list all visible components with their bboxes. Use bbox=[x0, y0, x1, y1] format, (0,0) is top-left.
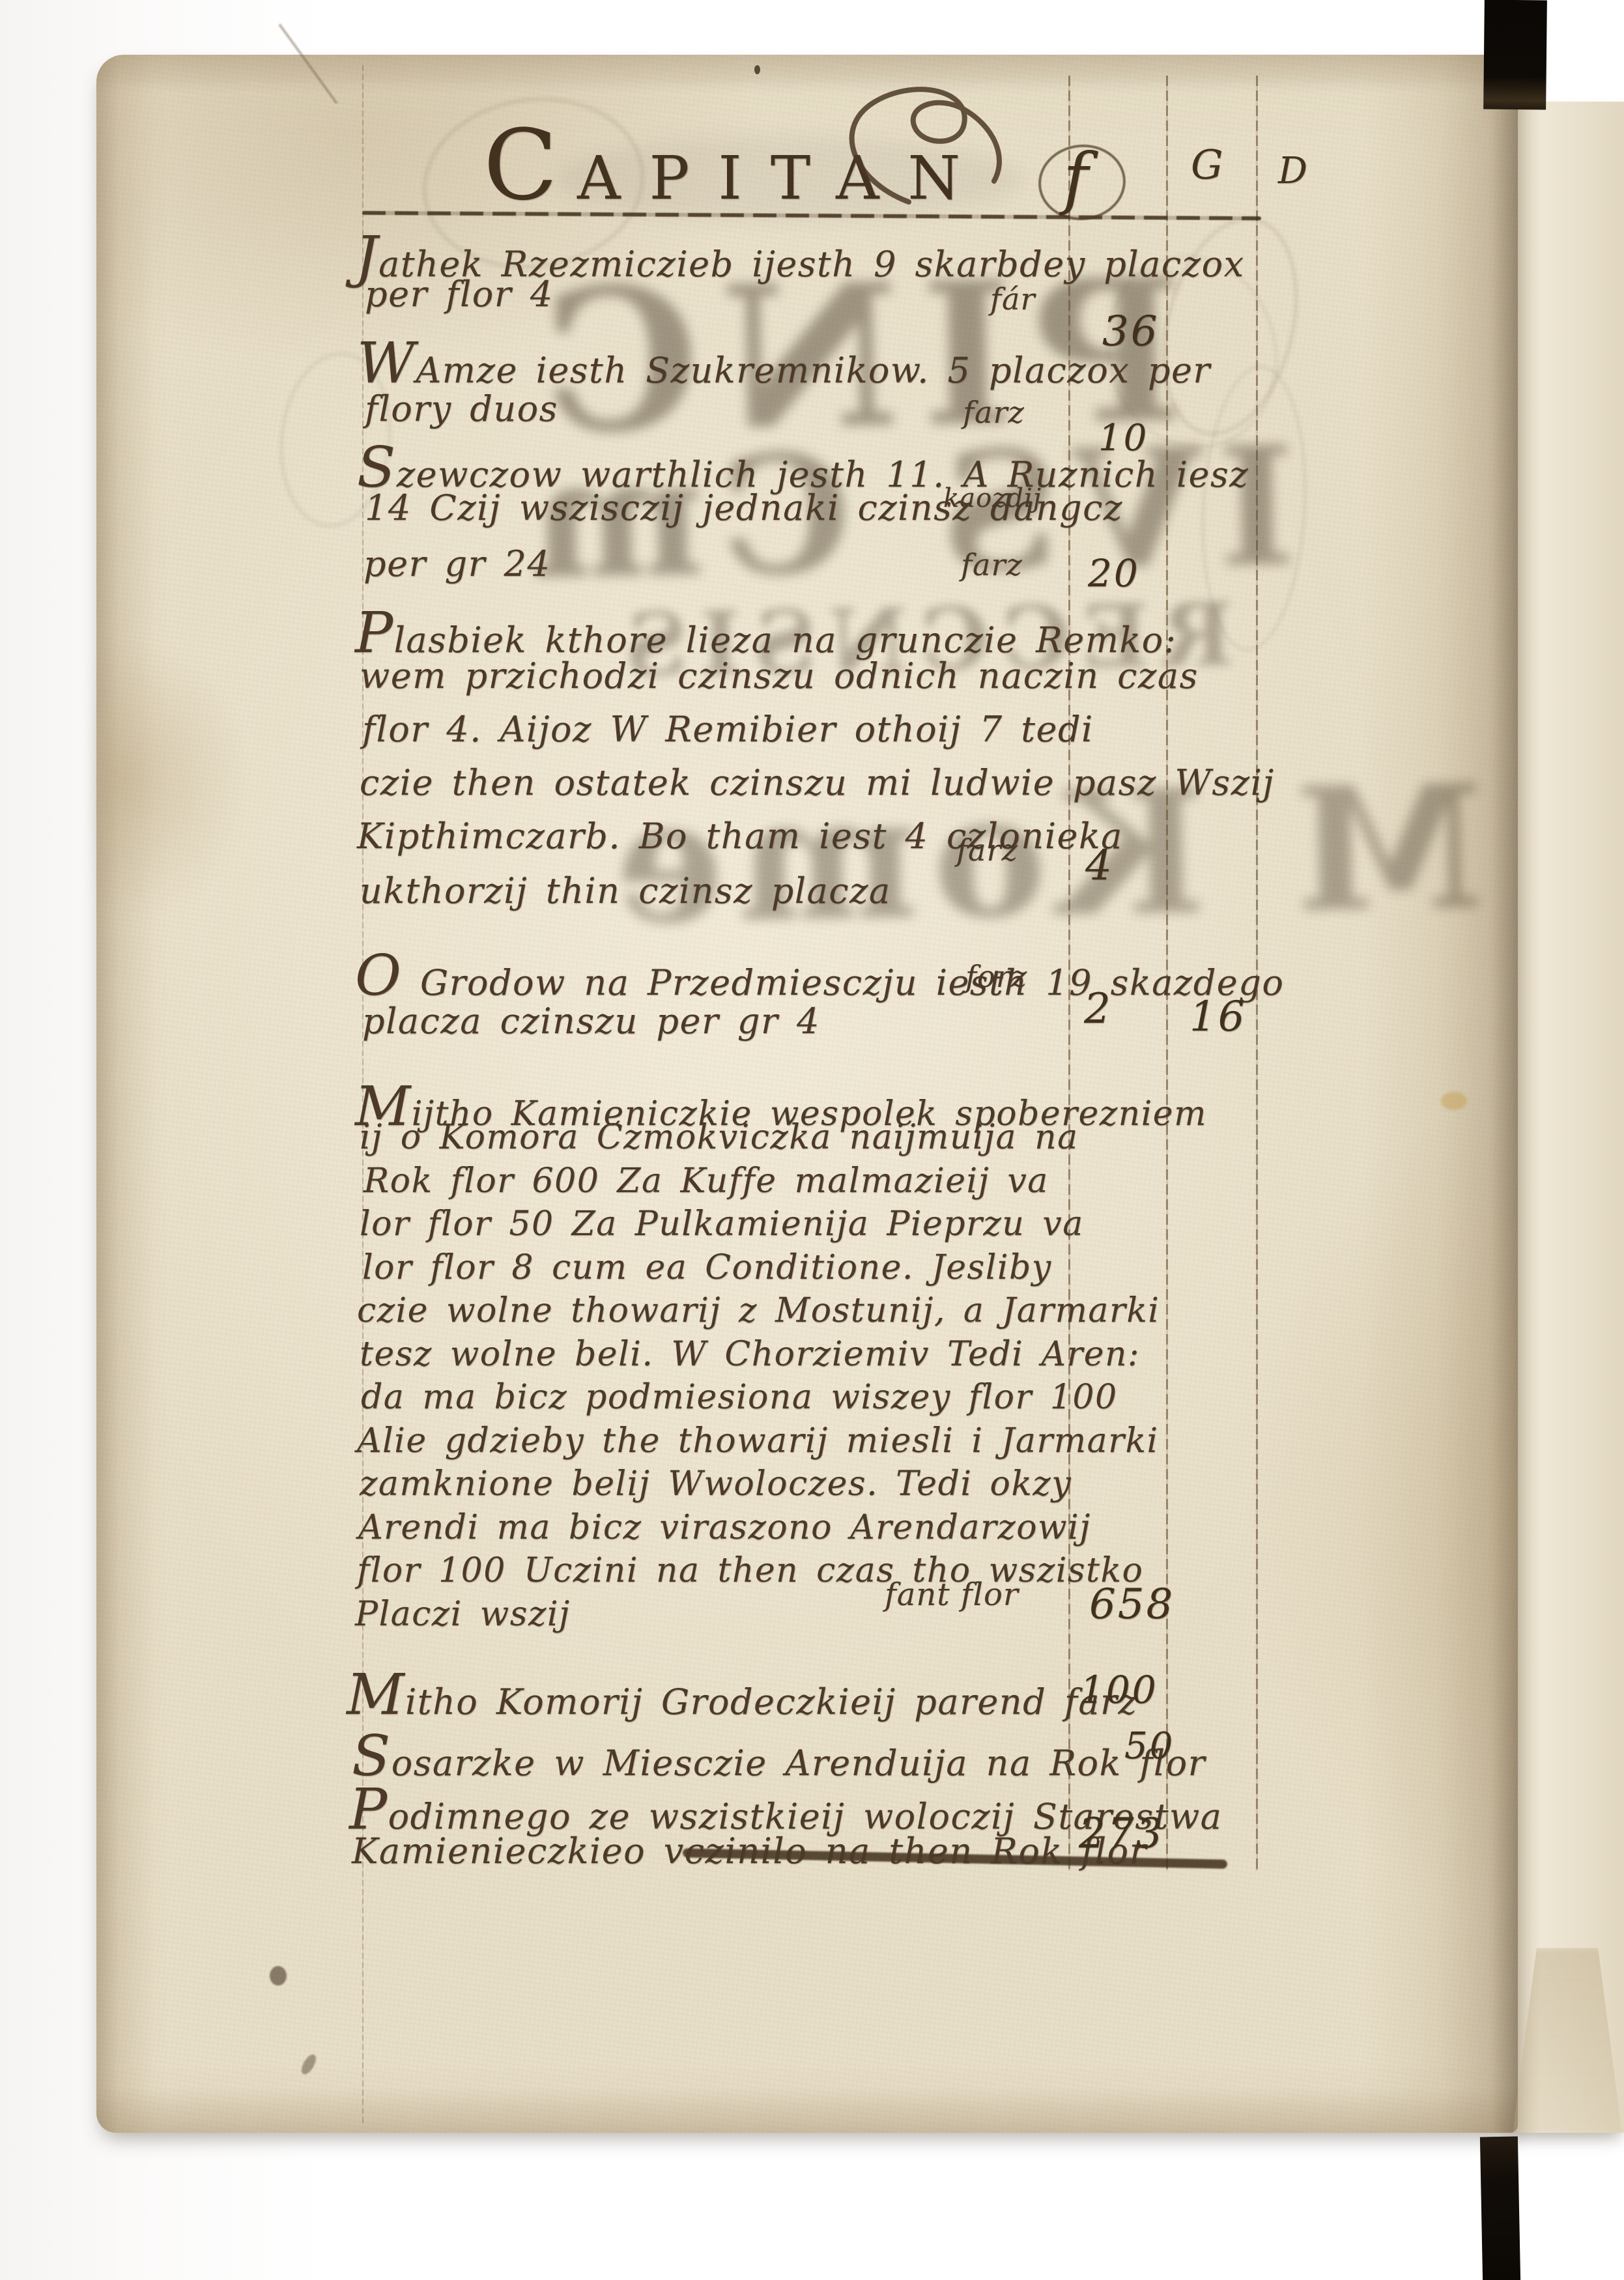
entry-line: Rok flor 600 Za Kuffe malmazieij va bbox=[363, 1161, 1049, 1201]
amount-f: 50 bbox=[1124, 1725, 1175, 1767]
scan-background: PINC IVS Cm RECCNSIS M Kome CAPITAN f G bbox=[0, 0, 1624, 2280]
facit-label: farz bbox=[963, 395, 1025, 430]
header-flourish-icon bbox=[749, 83, 1029, 207]
entry-line: da ma bicz podmiesiona wiszey flor 100 bbox=[361, 1378, 1118, 1417]
column-header-d: D bbox=[1278, 150, 1307, 192]
column-header-g: G bbox=[1191, 141, 1223, 188]
paper-stain bbox=[1441, 1092, 1467, 1110]
facit-label: farz bbox=[956, 833, 1018, 868]
amount-f: 658 bbox=[1089, 1580, 1175, 1629]
page-content: PINC IVS Cm RECCNSIS M Kome CAPITAN f G bbox=[0, 0, 1624, 2280]
entry-line: czie then ostatek czinszu mi ludwie pasz… bbox=[360, 762, 1275, 803]
entry-line: tesz wolne beli. W Chorziemiv Tedi Aren: bbox=[360, 1335, 1140, 1374]
facit-label: fant flor bbox=[885, 1576, 1019, 1613]
entry-line: O Grodow na Przedmiesczju iesth 19 skazd… bbox=[355, 943, 1284, 1008]
entry-line: lor flor 8 cum ea Conditione. Jesliby bbox=[362, 1248, 1052, 1287]
entry-line: lor flor 50 Za Pulkamienija Pieprzu va bbox=[360, 1204, 1084, 1244]
amount-f: 4 bbox=[1085, 842, 1114, 890]
facit-label: farz bbox=[961, 547, 1023, 582]
column-header-f: f bbox=[1063, 138, 1089, 218]
paper-stain bbox=[1513, 1948, 1622, 2133]
amount-f: 20 bbox=[1088, 551, 1140, 595]
entry-line: WAmze iesth Szukremnikow. 5 placzox per bbox=[357, 331, 1211, 396]
facit-label: forz bbox=[965, 959, 1027, 994]
margin-note: kaozdij bbox=[943, 483, 1042, 513]
entry-line: per gr 24 bbox=[363, 543, 550, 584]
entry-line: wem przichodzi czinszu odnich naczin cza… bbox=[360, 655, 1199, 696]
entry-line: flor 4. Aijoz W Remibier othoij 7 tedi bbox=[362, 709, 1094, 750]
entry-line: flory duos bbox=[365, 388, 558, 429]
entry-line: Mitho Komorij Grodeczkieij parend farz bbox=[347, 1662, 1137, 1728]
entry-line: flor 100 Uczini na then czas tho wszistk… bbox=[357, 1551, 1143, 1590]
ink-speck bbox=[270, 1966, 287, 1986]
amount-f: 2 bbox=[1084, 985, 1113, 1033]
entry-line: Kamienieczkieo vczinilo na then Rok flor bbox=[352, 1831, 1147, 1872]
entry-line: Arendi ma bicz viraszono Arendarzowij bbox=[358, 1508, 1091, 1547]
entry-line: ukthorzij thin czinsz placza bbox=[360, 870, 891, 911]
amount-f: 273 bbox=[1079, 1810, 1164, 1858]
paper-stain bbox=[98, 638, 248, 919]
entry-line: czie wolne thowarij z Mostunij, a Jarmar… bbox=[357, 1291, 1160, 1330]
ink-speck bbox=[754, 65, 760, 74]
paper-stain bbox=[278, 23, 337, 104]
entry-line: zamknione belij Wwoloczes. Tedi okzy bbox=[360, 1464, 1072, 1503]
ink-speck bbox=[299, 2052, 319, 2076]
entry-line: Placzi wszij bbox=[355, 1595, 571, 1634]
entry-line: ij o Komora Czmokviczka naijmuija na bbox=[360, 1118, 1079, 1157]
entry-line: Alie gdzieby the thowarij miesli i Jarma… bbox=[357, 1421, 1159, 1461]
facit-label: fár bbox=[990, 281, 1035, 317]
entry-line: placza czinszu per gr 4 bbox=[362, 1001, 820, 1042]
entry-line: per flor 4 bbox=[365, 274, 554, 315]
amount-f: 100 bbox=[1080, 1668, 1158, 1712]
amount-g: 16 bbox=[1190, 993, 1246, 1041]
